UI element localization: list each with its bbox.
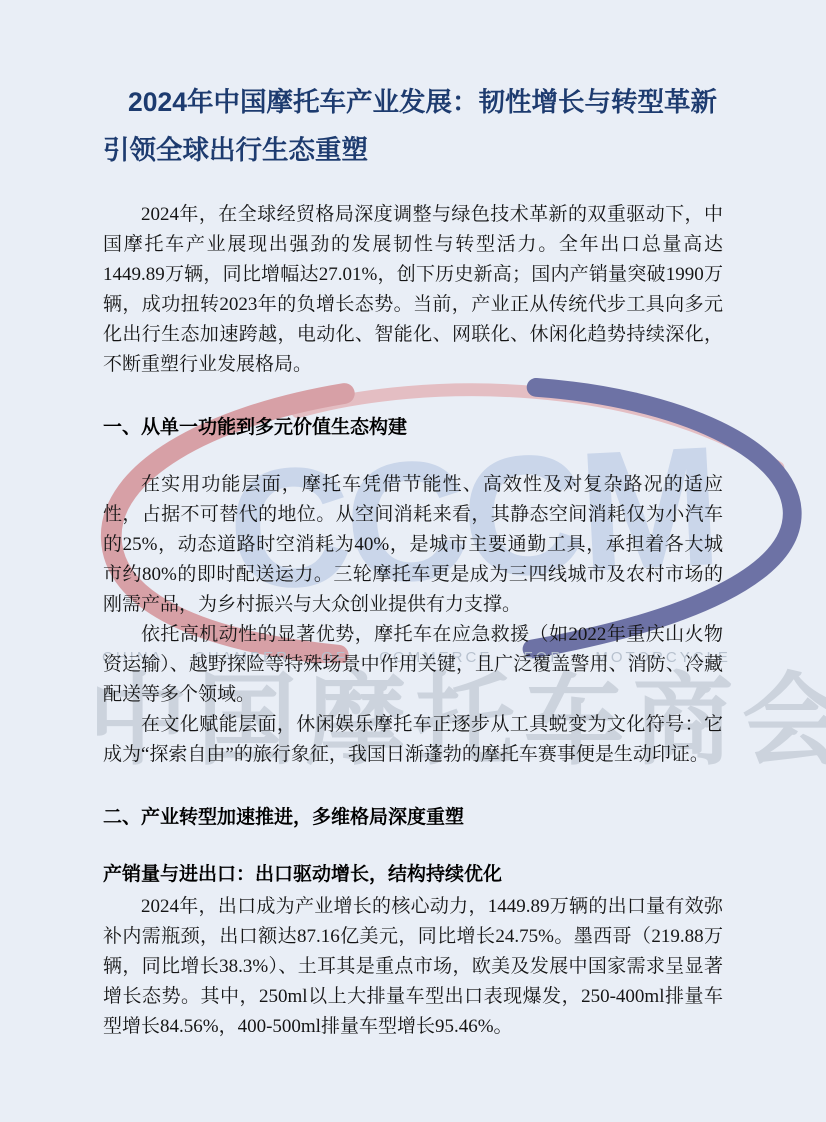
section-1-paragraph-3: 在文化赋能层面，休闲娱乐摩托车正逐步从工具蜕变为文化符号：它成为“探索自由”的旅…: [103, 710, 723, 770]
article-content: 2024年中国摩托车产业发展：韧性增长与转型革新引领全球出行生态重塑 2024年…: [0, 0, 826, 1042]
document-title: 2024年中国摩托车产业发展：韧性增长与转型革新引领全球出行生态重塑: [103, 78, 723, 174]
section-2-heading: 二、产业转型加速推进，多维格局深度重塑: [103, 803, 723, 833]
intro-paragraph: 2024年，在全球经贸格局深度调整与绿色技术革新的双重驱动下，中国摩托车产业展现…: [103, 200, 723, 380]
section-1-paragraph-1: 在实用功能层面，摩托车凭借节能性、高效性及对复杂路况的适应性，占据不可替代的地位…: [103, 470, 723, 620]
section-1-heading: 一、从单一功能到多元价值生态构建: [103, 413, 723, 443]
section-1-paragraph-2: 依托高机动性的显著优势，摩托车在应急救援（如2022年重庆山火物资运输）、越野探…: [103, 620, 723, 710]
section-2-paragraph-1: 2024年，出口成为产业增长的核心动力，1449.89万辆的出口量有效弥补内需瓶…: [103, 892, 723, 1042]
section-2-subheading: 产销量与进出口：出口驱动增长，结构持续优化: [103, 860, 723, 890]
document-page: CCCM CHINA CHAMBER OF COMMERCE FOR MOTOR…: [0, 0, 826, 1122]
